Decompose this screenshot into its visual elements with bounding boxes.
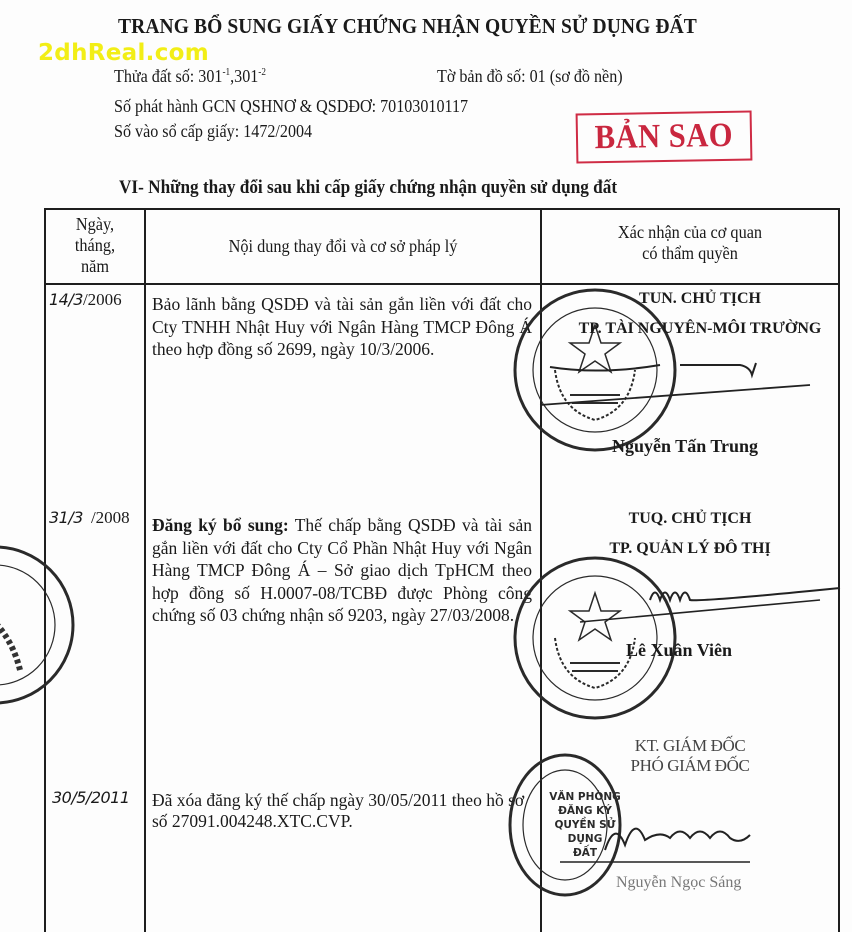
header-line: năm <box>49 256 140 277</box>
row-date: 14/3/2006 <box>49 290 122 310</box>
parcel-number: Thửa đất số: 301-1,301-2 <box>114 66 266 87</box>
watermark: 2dhReal.com <box>38 40 209 66</box>
map-sheet: Tờ bản đồ số: 01 (sơ đồ nền) <box>437 66 623 87</box>
seal-district-icon <box>510 553 680 723</box>
seal-partial-left-icon <box>0 540 80 710</box>
copy-stamp: BẢN SAO <box>576 110 753 163</box>
printed-year: /2006 <box>83 290 122 309</box>
signature-icon <box>540 355 830 415</box>
header-line: Nội dung thay đổi và cơ sở pháp lý <box>160 236 526 257</box>
handwritten-date: 30/5/2011 <box>52 788 130 807</box>
header-line: Xác nhận của cơ quan <box>552 222 827 243</box>
signature-icon <box>560 580 850 630</box>
column-header-content: Nội dung thay đổi và cơ sở pháp lý <box>160 236 526 257</box>
column-header-date: Ngày, tháng, năm <box>49 214 140 277</box>
handwritten-date: 14/3 <box>49 290 83 309</box>
parcel-b-sup: -2 <box>258 67 266 78</box>
authority-line-1: TUQ. CHỦ TỊCH <box>560 510 820 528</box>
column-header-authority: Xác nhận của cơ quan có thẩm quyền <box>552 222 827 264</box>
content-text: Đã xóa đăng ký thế chấp ngày 30/05/2011 … <box>152 790 524 831</box>
row-content: Đăng ký bổ sung: Thế chấp bằng QSDĐ và t… <box>152 514 532 627</box>
parcel-label: Thửa đất số: <box>114 66 198 86</box>
signature-icon <box>600 810 760 870</box>
row-content: Đã xóa đăng ký thế chấp ngày 30/05/2011 … <box>152 790 542 832</box>
seal-line: VĂN PHÒNG <box>540 790 630 804</box>
header-line: có thẩm quyền <box>552 243 827 264</box>
signer-name: Nguyễn Tấn Trung <box>612 436 758 457</box>
parcel-b: 301 <box>234 66 258 86</box>
issue-number: Số phát hành GCN QSHNƠ & QSDĐƠ: 70103010… <box>114 96 468 117</box>
authority-line-2: TP. TÀI NGUYÊN-MÔI TRƯỜNG <box>570 320 830 338</box>
header-line: Ngày, <box>49 214 140 235</box>
authority-title: TUQ. CHỦ TỊCH TP. QUẢN LÝ ĐÔ THỊ <box>560 510 820 558</box>
row-date: 30/5/2011 <box>52 788 130 808</box>
column-divider-1 <box>144 208 146 932</box>
page-title: TRANG BỔ SUNG GIẤY CHỨNG NHẬN QUYỀN SỬ D… <box>118 14 697 39</box>
table-top-border <box>44 208 840 210</box>
copy-stamp-text: BẢN SAO <box>595 117 734 157</box>
signer-name: Lê Xuân Viên <box>626 640 732 661</box>
printed-year: /2008 <box>91 508 130 527</box>
section-title: VI- Những thay đổi sau khi cấp giấy chứn… <box>119 178 617 199</box>
parcel-a: 301 <box>198 66 222 86</box>
header-bottom-border <box>44 283 840 285</box>
content-bold-label: Đăng ký bổ sung: <box>152 515 289 535</box>
register-number: Số vào sổ cấp giấy: 1472/2004 <box>114 121 312 142</box>
table-right-border <box>838 208 840 932</box>
row-date: 31/3/2008 <box>49 508 130 528</box>
signer-name: Nguyễn Ngọc Sáng <box>616 874 741 892</box>
authority-line-1: TUN. CHỦ TỊCH <box>570 290 830 308</box>
row-content: Bảo lãnh bằng QSDĐ và tài sản gắn liền v… <box>152 293 532 361</box>
header-line: tháng, <box>49 235 140 256</box>
handwritten-date: 31/3 <box>49 508 83 527</box>
content-text: Bảo lãnh bằng QSDĐ và tài sản gắn liền v… <box>152 294 532 359</box>
authority-title: TUN. CHỦ TỊCH TP. TÀI NGUYÊN-MÔI TRƯỜNG <box>570 290 830 338</box>
